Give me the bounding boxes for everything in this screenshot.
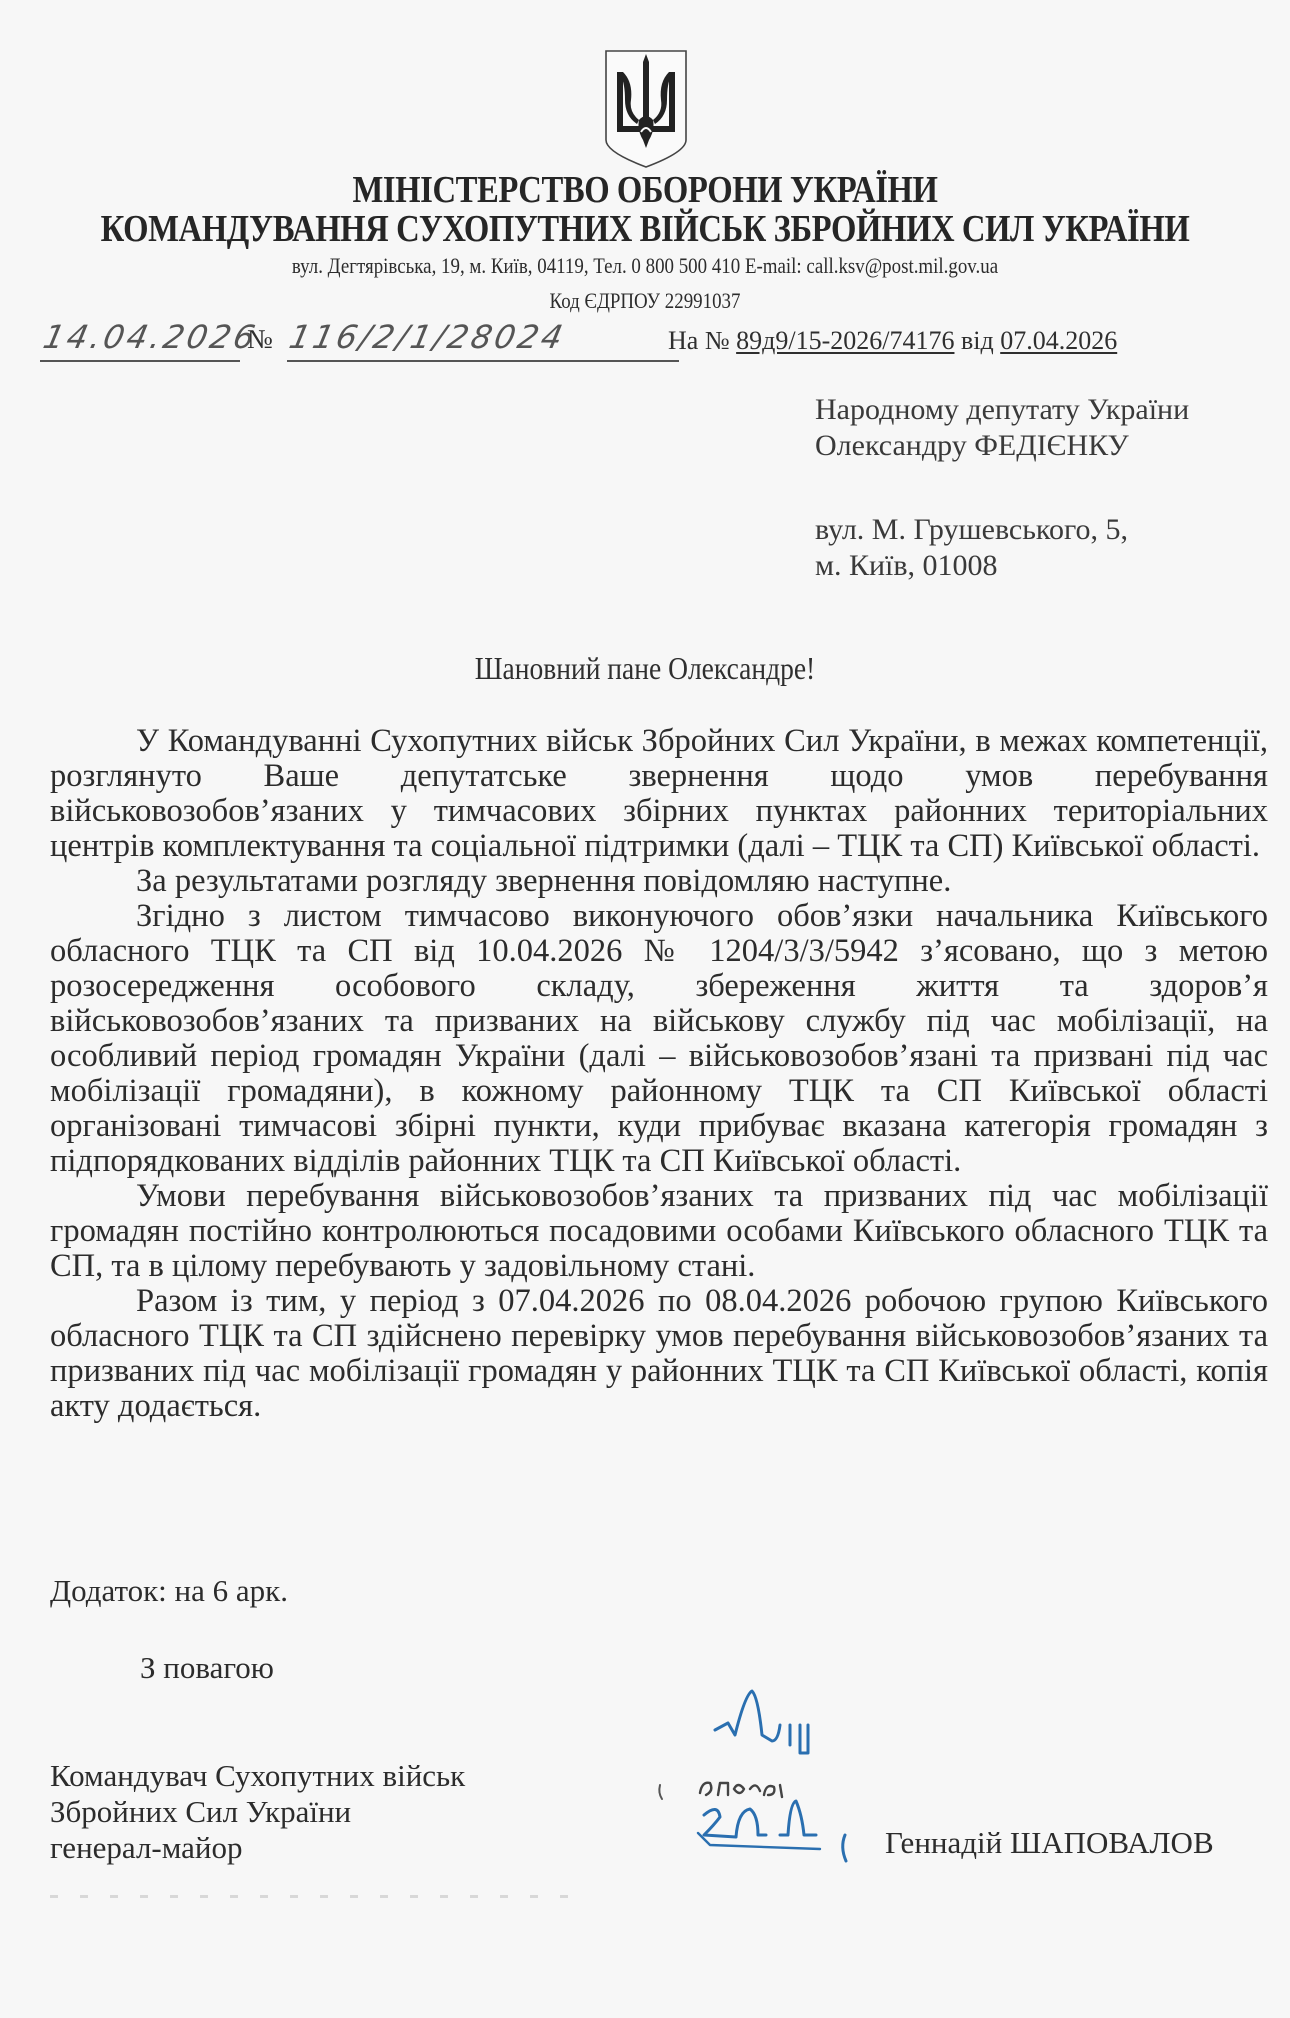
- body-paragraph: Згідно з листом тимчасово виконуючого об…: [50, 899, 1268, 1179]
- signatory-title: Командувач Сухопутних військ Збройних Си…: [50, 1758, 465, 1866]
- signatory-name: Геннадій ШАПОВАЛОВ: [885, 1825, 1214, 1861]
- closing: З повагою: [140, 1650, 274, 1686]
- signatory-title-line: Збройних Сил України: [50, 1794, 465, 1830]
- faint-scan-mark: [50, 1895, 570, 1898]
- recipient-name: Олександру ФЕДІЄНКУ: [815, 428, 1189, 464]
- reply-number: 89д9/15-2026/74176: [736, 326, 954, 355]
- attachment-note: Додаток: на 6 арк.: [50, 1573, 288, 1609]
- recipient-block: Народному депутату України Олександру ФЕ…: [815, 392, 1189, 584]
- handwritten-signature-icon: [640, 1685, 880, 1865]
- sender-address: вул. Дегтярівська, 19, м. Київ, 04119, Т…: [90, 253, 1199, 279]
- signatory-title-line: Командувач Сухопутних військ: [50, 1758, 465, 1794]
- ministry-title: МІНІСТЕРСТВО ОБОРОНИ УКРАЇНИ: [90, 168, 1199, 212]
- date-underline: [40, 360, 240, 362]
- outgoing-date: 14.04.2026: [40, 318, 261, 356]
- body-paragraph: Умови перебування військовозобов’язаних …: [50, 1179, 1268, 1284]
- recipient-position: Народному депутату України: [815, 392, 1189, 428]
- letter-page: МІНІСТЕРСТВО ОБОРОНИ УКРАЇНИ КОМАНДУВАНН…: [0, 0, 1290, 2018]
- outgoing-number: 116/2/1/28024: [286, 318, 569, 356]
- trident-emblem-icon: [603, 48, 689, 170]
- number-underline: [287, 360, 679, 362]
- reply-from: від: [961, 326, 994, 355]
- number-sign: №: [247, 324, 273, 355]
- reply-date: 07.04.2026: [1000, 326, 1117, 355]
- letter-body: У Командуванні Сухопутних військ Збройни…: [50, 724, 1268, 1424]
- body-paragraph: Разом із тим, у період з 07.04.2026 по 0…: [50, 1284, 1268, 1424]
- recipient-street: вул. М. Грушевського, 5,: [815, 512, 1189, 548]
- reply-prefix: На №: [668, 326, 730, 355]
- reply-reference: На № 89д9/15-2026/74176 від 07.04.2026: [668, 326, 1117, 356]
- recipient-city: м. Київ, 01008: [815, 548, 1189, 584]
- command-title: КОМАНДУВАННЯ СУХОПУТНИХ ВІЙСЬК ЗБРОЙНИХ …: [90, 207, 1199, 251]
- reference-line: 14.04.2026 № 116/2/1/28024 На № 89д9/15-…: [40, 322, 1260, 362]
- salutation: Шановний пане Олександре!: [90, 650, 1199, 687]
- body-paragraph: За результатами розгляду звернення повід…: [50, 864, 1268, 899]
- body-paragraph: У Командуванні Сухопутних військ Збройни…: [50, 724, 1268, 864]
- edrpou-code: Код ЄДРПОУ 22991037: [90, 288, 1199, 314]
- signatory-rank: генерал-майор: [50, 1830, 465, 1866]
